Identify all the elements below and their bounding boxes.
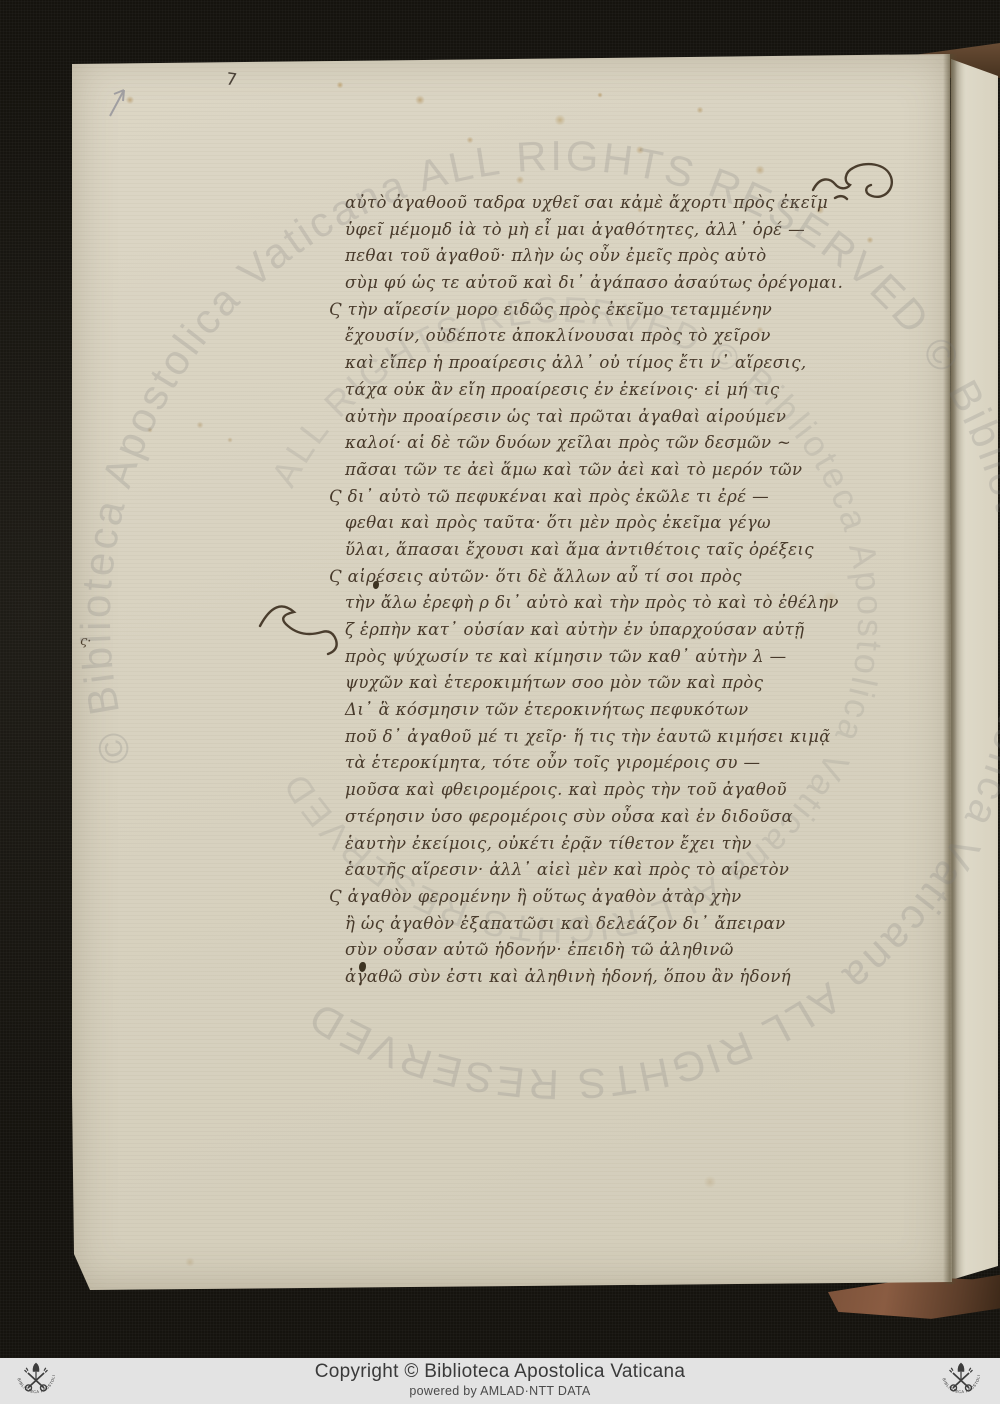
manuscript-line: σὺμ φύ ὡς τε αὐτοῦ καὶ δι᾽ ἀγάπασο ἀσαύτ…	[345, 270, 890, 297]
manuscript-line: πᾶσαι τῶν τε ἀεὶ ἅμω καὶ τῶν ἀεὶ καὶ τὸ …	[345, 457, 890, 484]
manuscript-text-block: αὐτὸ ἀγαθοοῦ ταδρα υχθεῖ σαι κἀμὲ ἄχορτι…	[345, 190, 890, 991]
margin-note: ς·	[80, 634, 91, 649]
manuscript-line: Ϛ αἱρέσεις αὐτῶν· ὅτι δὲ ἄλλων αὖ τί σοι…	[329, 564, 890, 591]
manuscript-line: αὐτὴν προαίρεσιν ὡς ταὶ πρῶται ἀγαθαὶ αἱ…	[345, 404, 890, 431]
papal-keys-icon	[950, 1363, 973, 1391]
manuscript-line: καλοί· αἱ δὲ τῶν δυόων χεῖλαι πρὸς τῶν δ…	[345, 430, 890, 457]
gutter-shadow	[943, 54, 957, 1284]
manuscript-line: μοῦσα καὶ φθειρομέροις. καὶ πρὸς τὴν τοῦ…	[345, 777, 890, 804]
manuscript-line: Δι᾽ ἃ κόσμησιν τῶν ἑτεροκινήτως πεφυκότω…	[345, 697, 890, 724]
papal-keys-icon	[25, 1363, 48, 1391]
footer-bar: Copyright © Biblioteca Apostolica Vatica…	[0, 1358, 1000, 1404]
manuscript-line: ἔχουσίν, οὐδέποτε ἀποκλίνουσαι πρὸς τὸ χ…	[345, 323, 890, 350]
manuscript-line: τὴν ἄλω ἐρεφὴ ρ δι᾽ αὐτὸ καὶ τὴν πρὸς τὸ…	[345, 590, 890, 617]
manuscript-line: ζ ἑρπὴν κατ᾽ οὐσίαν καὶ αὐτὴν ἐν ὑπαρχού…	[345, 617, 890, 644]
manuscript-line: ὕλαι, ἅπασαι ἔχουσι καὶ ἅμα ἀντιθέτοις τ…	[345, 537, 890, 564]
digitized-manuscript-view: { "watermark": { "ring_text_outer": "© B…	[0, 0, 1000, 1404]
manuscript-line: σὺν οὖσαν αὐτῶ ἡδονήν· ἐπειδὴ τῶ ἀληθινῶ	[345, 937, 890, 964]
manuscript-line: καὶ εἴπερ ἡ προαίρεσις ἀλλ᾽ οὐ τίμος ἔτι…	[345, 350, 890, 377]
manuscript-line: πρὸς ψύχωσίν τε καὶ κίμησιν τῶν καθ᾽ αὑτ…	[345, 644, 890, 671]
manuscript-line: Ϛ ἀγαθὸν φερομένην ἢ οὕτως ἀγαθὸν ἀτὰρ χ…	[329, 884, 890, 911]
manuscript-line: στέρησιν ὑσο φερομέροις σὺν οὖσα καὶ ἐν …	[345, 804, 890, 831]
manuscript-line: Ϛ τὴν αἵρεσίν μορο ειδῶς πρὸς ἐκεῖμο τετ…	[329, 297, 890, 324]
manuscript-line: ποῦ δ᾽ ἀγαθοῦ μέ τι χεῖρ· ἥ τις τὴν ἑαυτ…	[345, 724, 890, 751]
svg-text:BIBLIOTECA APOSTOLICA VATICANA: BIBLIOTECA APOSTOLICA VATICANA	[13, 1358, 56, 1394]
logo-arc-text: BIBLIOTECA APOSTOLICA VATICANA	[938, 1358, 981, 1394]
footer-powered-by: powered by AMLAD·NTT DATA	[0, 1384, 1000, 1398]
manuscript-line: ὑφεῖ μέμομδ ἰὰ τὸ μὴ εἶ μαι ἀγαθότητες, …	[345, 217, 890, 244]
manuscript-line: ἀγαθῶ σὺν ἐστι καὶ ἀληθινὴ ἡδονή, ὅπου ἂ…	[345, 964, 890, 991]
logo-arc-text: BIBLIOTECA APOSTOLICA VATICANA	[13, 1358, 56, 1394]
manuscript-line: ἑαυτὴν ἐκείμοις, οὐκέτι ἐρᾷν τίθετον ἔχε…	[345, 831, 890, 858]
manuscript-line: ἢ ὡς ἀγαθὸν ἐξαπατῶσι καὶ δελεάζον δι᾽ ἄ…	[345, 911, 890, 938]
manuscript-line: πεθαι τοῦ ἀγαθοῦ· πλὴν ὡς οὖν ἐμεῖς πρὸς…	[345, 243, 890, 270]
facing-page-edge	[951, 54, 998, 1284]
manuscript-line: αὐτὸ ἀγαθοοῦ ταδρα υχθεῖ σαι κἀμὲ ἄχορτι…	[345, 190, 890, 217]
manuscript-line: ψυχῶν καὶ ἑτεροκιμήτων σοο μὸν τῶν καὶ π…	[345, 670, 890, 697]
svg-text:BIBLIOTECA APOSTOLICA VATICANA: BIBLIOTECA APOSTOLICA VATICANA	[938, 1358, 981, 1394]
vatican-logo-left: BIBLIOTECA APOSTOLICA VATICANA	[13, 1358, 59, 1404]
manuscript-line: τάχα οὐκ ἂν εἴη προαίρεσις ἐν ἐκείνοις· …	[345, 377, 890, 404]
manuscript-line: Ϛ δι᾽ αὐτὸ τῶ πεφυκέναι καὶ πρὸς ἐκῶλε τ…	[329, 484, 890, 511]
manuscript-line: τὰ ἑτεροκίμητα, τότε οὖν τοῖς γιρομέροις…	[345, 750, 890, 777]
manuscript-line: ἑαυτῆς αἵρεσιν· ἀλλ᾽ αἰεὶ μὲν καὶ πρὸς τ…	[345, 857, 890, 884]
vatican-logo-right: BIBLIOTECA APOSTOLICA VATICANA	[938, 1358, 984, 1404]
footer-copyright: Copyright © Biblioteca Apostolica Vatica…	[0, 1361, 1000, 1383]
manuscript-line: φεθαι καὶ πρὸς ταῦτα· ὅτι μὲν πρὸς ἐκεῖμ…	[345, 510, 890, 537]
